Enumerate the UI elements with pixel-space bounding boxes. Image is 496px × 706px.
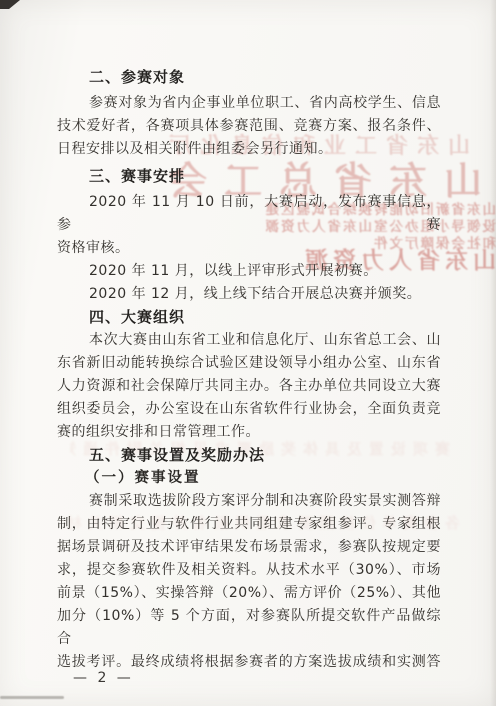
body-line: 2020 年 11 月 10 日前，大赛启动，发布赛事信息，参赛	[57, 191, 441, 237]
body-line: 赛的组织安排和日常管理工作。	[57, 421, 441, 444]
section-heading-events-awards: 五、赛事设置及奖励办法	[57, 444, 441, 467]
body-line: 资格审核。	[57, 237, 441, 260]
body-line: 人力资源和社会保障厅共同主办。各主办单位共同设立大赛	[57, 375, 441, 398]
body-line: 前景（15%）、实操答辩（20%）、需方评价（25%）、其他	[57, 582, 441, 605]
body-line: 求，提交参赛软件及相关资料。从技术水平（30%）、市场	[57, 559, 441, 582]
body-line: 参赛对象为省内企事业单位职工、省内高校学生、信息	[57, 92, 441, 115]
body-line: 本次大赛由山东省工业和信息化厅、山东省总工会、山	[57, 329, 441, 352]
section-heading-schedule: 三、赛事安排	[57, 165, 441, 188]
body-line: 据场景调研及技术评审结果发布场景需求，参赛队按规定要	[57, 536, 441, 559]
subsection-heading-event-setup: （一）赛事设置	[57, 467, 441, 490]
body-line: 加分（10%）等 5 个方面，对参赛队所提交软件产品做综合	[57, 605, 441, 651]
scan-corner-artifact	[0, 0, 20, 9]
body-line: 组织委员会，办公室设在山东省软件行业协会，全面负责竞	[57, 398, 441, 421]
section-heading-participants: 二、参赛对象	[57, 66, 441, 89]
document-body: 二、参赛对象 参赛对象为省内企事业单位职工、省内高校学生、信息 技术爱好者，各赛…	[57, 66, 441, 686]
body-line: 2020 年 11 月，以线上评审形式开展初赛。	[57, 260, 441, 283]
scan-edge-shadow	[490, 0, 496, 706]
body-line: 东省新旧动能转换综合试验区建设领导小组办公室、山东省	[57, 352, 441, 375]
section-heading-organization: 四、大赛组织	[57, 306, 441, 329]
scanned-document-page: 山东省工业和信息化厅 山东省总工会 山东省新旧动能转换综合试验区建设领导小组办公…	[0, 0, 496, 706]
body-line: 赛制采取选拔阶段方案评分制和决赛阶段实景实测答辩	[57, 490, 441, 513]
body-line: 2020 年 12 月，线上线下结合开展总决赛并颁奖。	[57, 283, 441, 306]
body-line: 制，由特定行业与软件行业共同组建专家组参评。专家组根	[57, 513, 441, 536]
body-line: 日程安排以及相关附件由组委会另行通知。	[57, 138, 441, 161]
scan-smudge-artifact	[0, 696, 64, 699]
body-line: 技术爱好者，各赛项具体参赛范围、竞赛方案、报名条件、	[57, 115, 441, 138]
